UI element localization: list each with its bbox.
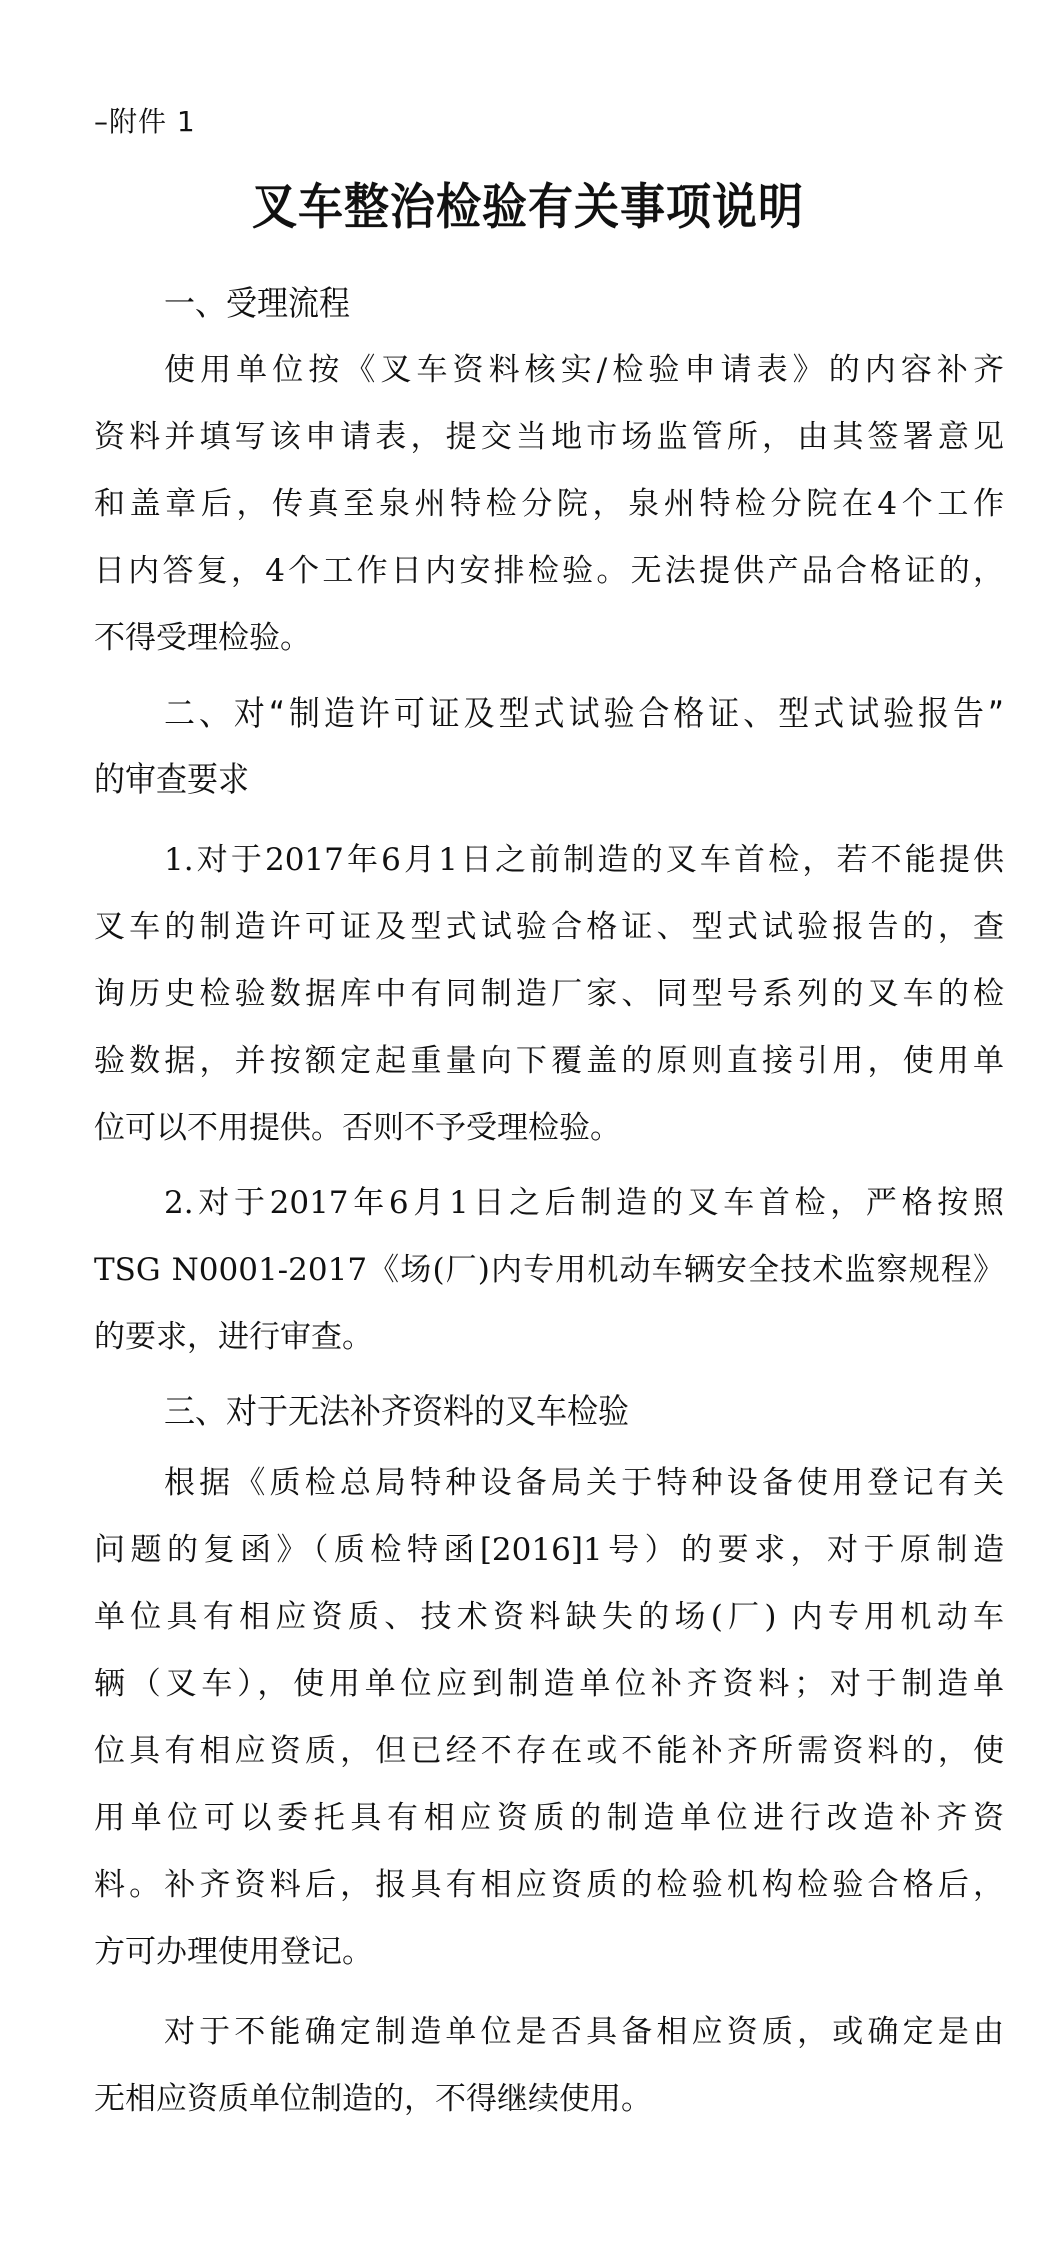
- text-line: 根据《质检总局特种设备局关于特种设备使用登记有关: [164, 1463, 1004, 1503]
- text-line: 方可办理使用登记。: [94, 1932, 1004, 1972]
- text-line: 叉车的制造许可证及型式试验合格证、型式试验报告的，查: [94, 907, 1004, 947]
- text-line: 无相应资质单位制造的，不得继续使用。: [94, 2079, 1004, 2119]
- text-line: 位具有相应资质，但已经不存在或不能补齐所需资料的，使: [94, 1731, 1004, 1771]
- text-line: 1.对于2017年6月1日之前制造的叉车首检，若不能提供: [164, 840, 1004, 880]
- text-line: 日内答复，4个工作日内安排检验。无法提供产品合格证的，: [94, 551, 1004, 591]
- section-2-heading-line-2: 的审查要求: [94, 758, 249, 802]
- text-line: 使用单位按《叉车资料核实/检验申请表》的内容补齐: [164, 350, 1004, 390]
- text-line: 对于不能确定制造单位是否具备相应资质，或确定是由: [164, 2012, 1004, 2052]
- attachment-label: –附件 1: [94, 100, 196, 140]
- text-line: 位可以不用提供。否则不予受理检验。: [94, 1108, 1004, 1148]
- text-line: 问题的复函》（质检特函[2016]1号）的要求，对于原制造: [94, 1530, 1004, 1570]
- text-line: 和盖章后，传真至泉州特检分院，泉州特检分院在4个工作: [94, 484, 1004, 524]
- text-line: 料。补齐资料后，报具有相应资质的检验机构检验合格后，: [94, 1865, 1004, 1905]
- text-line: 不得受理检验。: [94, 618, 1004, 658]
- text-line: 的要求，进行审查。: [94, 1317, 1004, 1357]
- section-3-heading: 三、对于无法补齐资料的叉车检验: [164, 1390, 629, 1434]
- text-line: 询历史检验数据库中有同制造厂家、同型号系列的叉车的检: [94, 974, 1004, 1014]
- text-line: 资料并填写该申请表，提交当地市场监管所，由其签署意见: [94, 417, 1004, 457]
- section-2-heading-line-1: 二、对“制造许可证及型式试验合格证、型式试验报告”: [164, 692, 1004, 736]
- section-1-heading: 一、受理流程: [164, 282, 350, 326]
- text-line: 用单位可以委托具有相应资质的制造单位进行改造补齐资: [94, 1798, 1004, 1838]
- text-line: 验数据，并按额定起重量向下覆盖的原则直接引用，使用单: [94, 1041, 1004, 1081]
- document-page: –附件 1 叉车整治检验有关事项说明 一、受理流程 使用单位按《叉车资料核实/检…: [0, 0, 1056, 2246]
- document-title: 叉车整治检验有关事项说明: [0, 167, 1056, 237]
- text-line: 单位具有相应资质、技术资料缺失的场(厂) 内专用机动车: [94, 1597, 1004, 1637]
- text-line: 2.对于2017年6月1日之后制造的叉车首检，严格按照: [164, 1183, 1004, 1223]
- text-line: 辆（叉车），使用单位应到制造单位补齐资料；对于制造单: [94, 1664, 1004, 1704]
- text-line: TSG N0001-2017《场(厂)内专用机动车辆安全技术监察规程》: [94, 1250, 1004, 1290]
